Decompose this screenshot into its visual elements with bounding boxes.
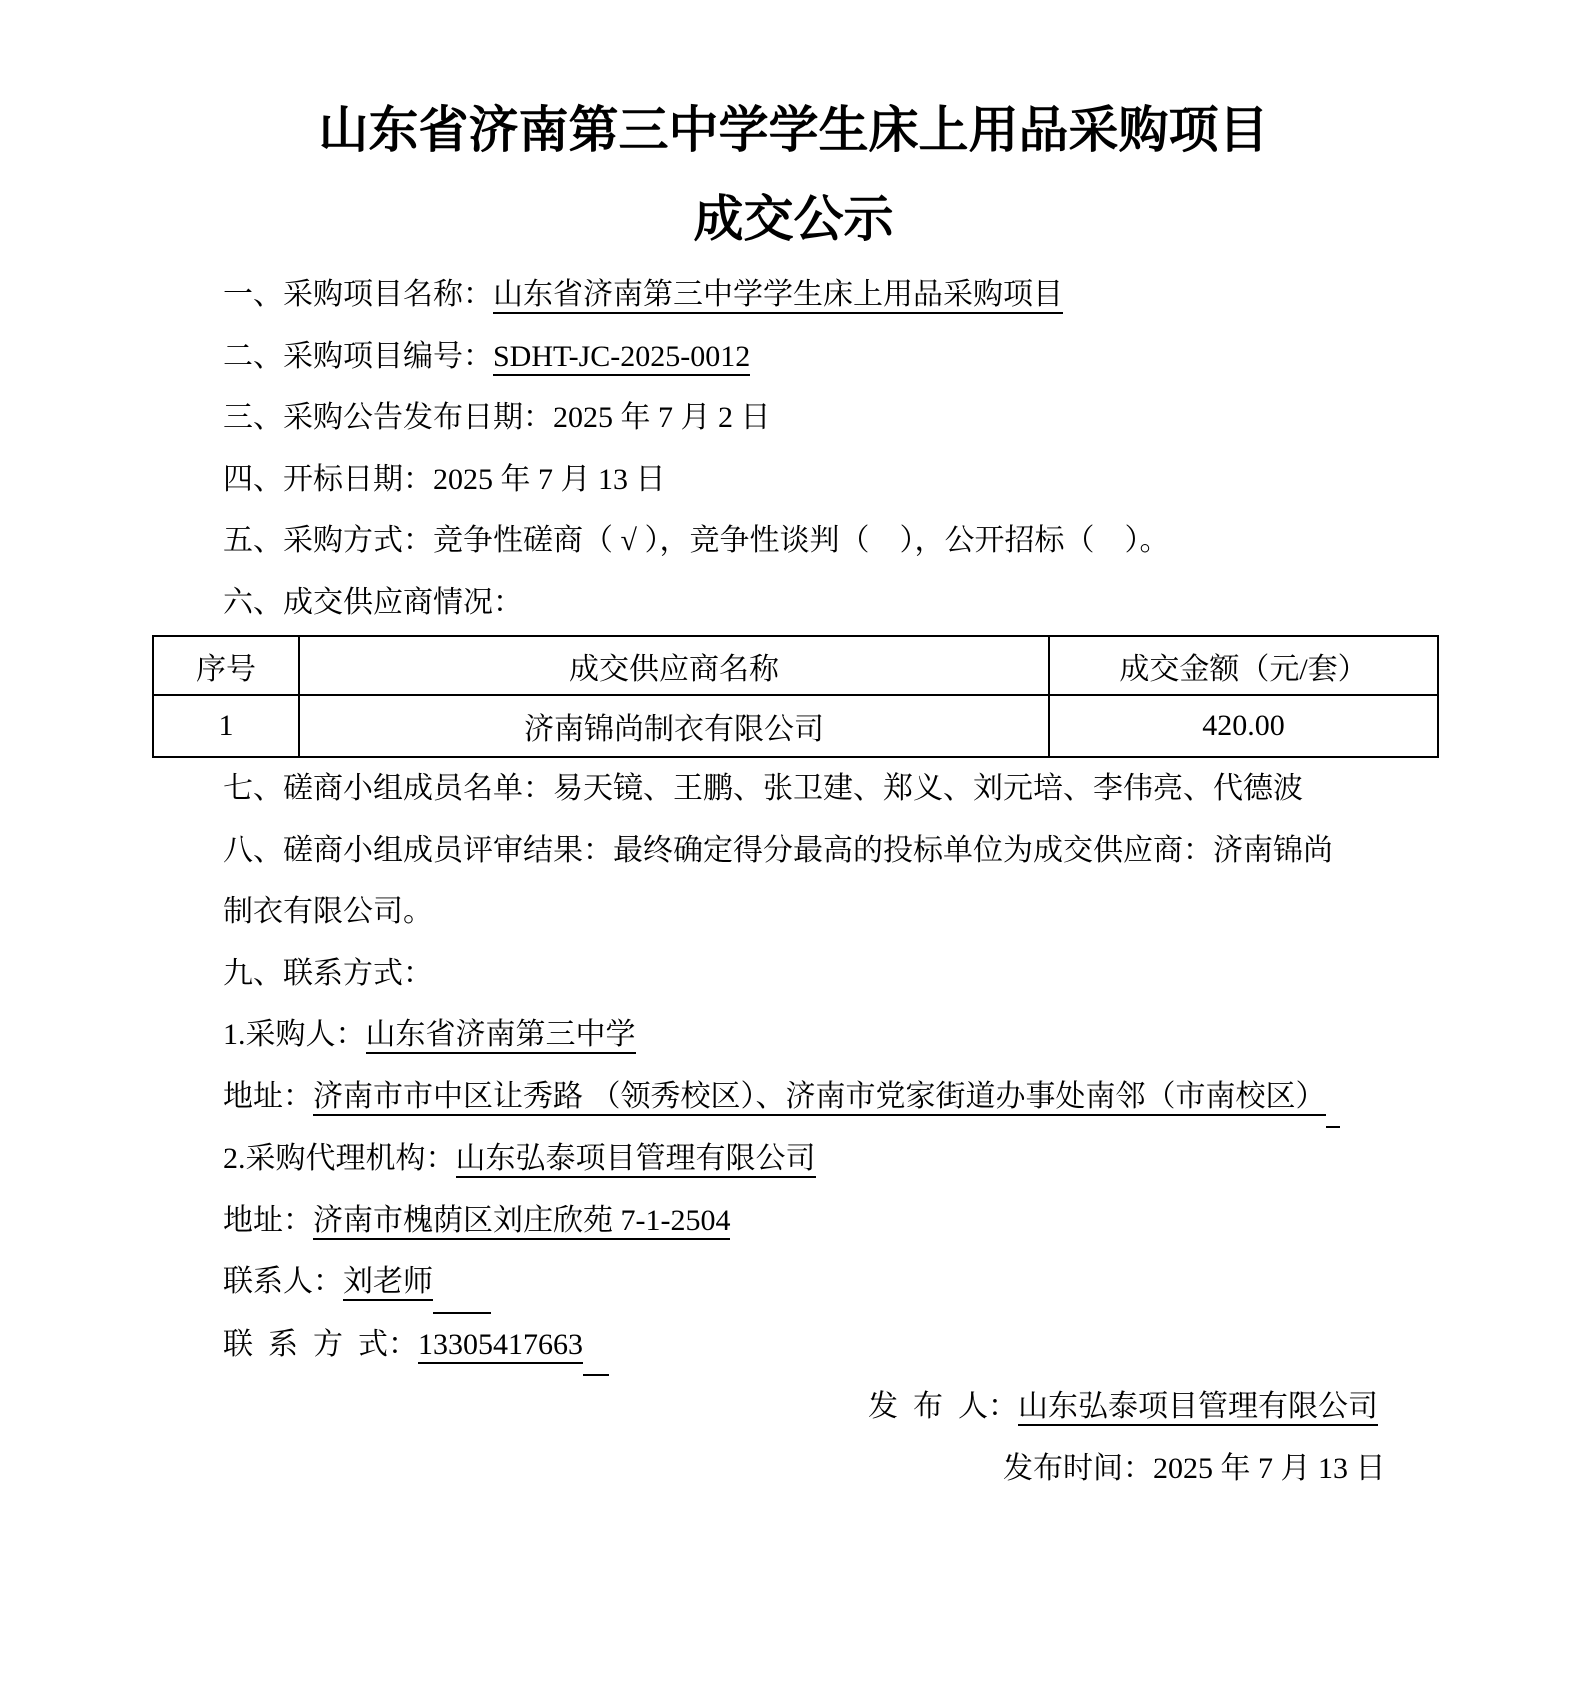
item-project-name-label: 一、采购项目名称： xyxy=(223,278,493,311)
contact-phone-line: 联 系 方 式：13305417663 xyxy=(223,1314,1497,1377)
document-title: 山东省济南第三中学学生床上用品采购项目 成交公示 xyxy=(0,0,1587,264)
item-project-name: 一、采购项目名称：山东省济南第三中学学生床上用品采购项目 xyxy=(223,264,1497,326)
item-procurement-method: 五、采购方式：竞争性磋商（ √ ），竞争性谈判（ ），公开招标（ ）。 xyxy=(223,510,1497,572)
publisher-label: 发 布 人： xyxy=(868,1390,1018,1423)
agency-label: 2.采购代理机构： xyxy=(223,1142,456,1175)
agency-line: 2.采购代理机构：山东弘泰项目管理有限公司 xyxy=(223,1128,1497,1190)
header-serial-number: 序号 xyxy=(153,636,299,695)
cell-serial-number: 1 xyxy=(153,695,299,757)
item-review-result-line2: 制衣有限公司。 xyxy=(223,881,1497,943)
header-supplier-name: 成交供应商名称 xyxy=(299,636,1049,695)
title-line-1: 山东省济南第三中学学生床上用品采购项目 xyxy=(0,86,1587,175)
item-panel-members: 七、磋商小组成员名单：易天镜、王鹏、张卫建、郑义、刘元培、李伟亮、代德波 xyxy=(223,758,1497,820)
item-project-name-value: 山东省济南第三中学学生床上用品采购项目 xyxy=(493,278,1063,314)
agency-address-line: 地址：济南市槐荫区刘庄欣苑 7-1-2504 xyxy=(223,1190,1497,1252)
buyer-address-label: 地址： xyxy=(223,1080,313,1113)
contact-person-underline-blank xyxy=(433,1284,491,1314)
buyer-label: 1.采购人： xyxy=(223,1018,366,1051)
contact-phone-label: 联 系 方 式： xyxy=(223,1328,418,1361)
header-deal-amount: 成交金额（元/套） xyxy=(1049,636,1438,695)
buyer-address-value: 济南市市中区让秀路 （领秀校区）、济南市党家街道办事处南邻（市南校区） xyxy=(313,1080,1326,1116)
item-project-number: 二、采购项目编号：SDHT-JC-2025-0012 xyxy=(223,326,1497,388)
publisher-line: 发 布 人：山东弘泰项目管理有限公司 xyxy=(223,1376,1497,1438)
document-page: 山东省济南第三中学学生床上用品采购项目 成交公示 一、采购项目名称：山东省济南第… xyxy=(0,0,1587,1683)
item-bid-open-date: 四、开标日期：2025 年 7 月 13 日 xyxy=(223,449,1497,511)
table-row: 1 济南锦尚制衣有限公司 420.00 xyxy=(153,695,1438,757)
cell-deal-amount: 420.00 xyxy=(1049,695,1438,757)
publish-time-line: 发布时间：2025 年 7 月 13 日 xyxy=(223,1438,1497,1500)
buyer-address-line: 地址：济南市市中区让秀路 （领秀校区）、济南市党家街道办事处南邻（市南校区） xyxy=(223,1066,1497,1129)
contact-person-line: 联系人：刘老师 xyxy=(223,1251,1497,1314)
agency-address-label: 地址： xyxy=(223,1204,313,1237)
cell-supplier-name: 济南锦尚制衣有限公司 xyxy=(299,695,1049,757)
item-review-result-line1: 八、磋商小组成员评审结果：最终确定得分最高的投标单位为成交供应商：济南锦尚 xyxy=(223,820,1497,882)
contact-person-value: 刘老师 xyxy=(343,1265,433,1301)
item-contact-section: 九、联系方式： xyxy=(223,943,1497,1005)
item-project-number-value: SDHT-JC-2025-0012 xyxy=(493,340,750,376)
agency-value: 山东弘泰项目管理有限公司 xyxy=(456,1142,816,1178)
item-supplier-section: 六、成交供应商情况： xyxy=(223,572,1497,634)
buyer-value: 山东省济南第三中学 xyxy=(366,1018,636,1054)
contact-person-label: 联系人： xyxy=(223,1265,343,1298)
supplier-table-wrap: 序号 成交供应商名称 成交金额（元/套） 1 济南锦尚制衣有限公司 420.00 xyxy=(152,635,1437,758)
supplier-table: 序号 成交供应商名称 成交金额（元/套） 1 济南锦尚制衣有限公司 420.00 xyxy=(152,635,1439,758)
table-header-row: 序号 成交供应商名称 成交金额（元/套） xyxy=(153,636,1438,695)
title-line-2: 成交公示 xyxy=(0,175,1587,264)
contact-phone-value: 13305417663 xyxy=(418,1328,583,1364)
item-announce-date: 三、采购公告发布日期：2025 年 7 月 2 日 xyxy=(223,387,1497,449)
buyer-address-underline-blank xyxy=(1326,1098,1340,1128)
buyer-line: 1.采购人：山东省济南第三中学 xyxy=(223,1004,1497,1066)
publisher-value: 山东弘泰项目管理有限公司 xyxy=(1018,1390,1378,1426)
agency-address-value: 济南市槐荫区刘庄欣苑 7-1-2504 xyxy=(313,1204,730,1240)
contact-phone-underline-blank xyxy=(583,1346,609,1376)
document-body-top: 一、采购项目名称：山东省济南第三中学学生床上用品采购项目 二、采购项目编号：SD… xyxy=(0,264,1587,633)
document-body-bottom: 七、磋商小组成员名单：易天镜、王鹏、张卫建、郑义、刘元培、李伟亮、代德波 八、磋… xyxy=(0,758,1587,1499)
item-project-number-label: 二、采购项目编号： xyxy=(223,340,493,373)
